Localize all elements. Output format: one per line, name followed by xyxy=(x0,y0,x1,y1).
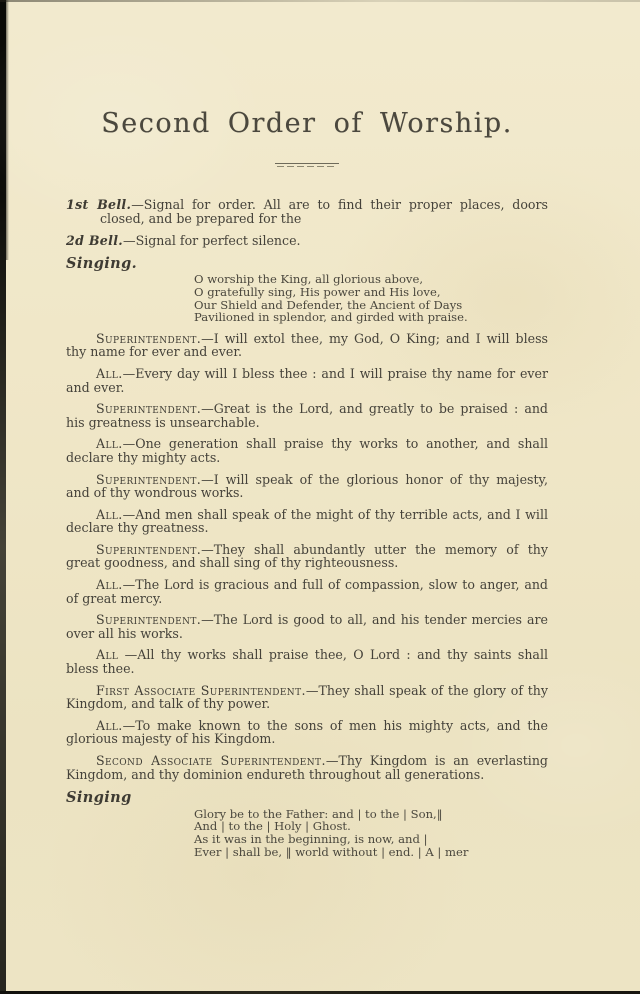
hymn-stanza-first: O worship the King, all glorious above, … xyxy=(194,273,548,323)
reading-paragraph: Superintendent.—I will speak of the glor… xyxy=(66,473,548,500)
second-bell-text: —Signal for perfect silence. xyxy=(123,233,301,248)
body-copy: 1st Bell.—Signal for order. All are to f… xyxy=(66,198,548,858)
first-bell-paragraph: 1st Bell.—Signal for order. All are to f… xyxy=(66,198,548,225)
hymn-line: O gratefully sing, His power and His lov… xyxy=(194,286,548,299)
hymn-line: Ever | shall be, ‖ world without | end. … xyxy=(194,846,548,859)
page-content: Second Order of Worship. 1st Bell.—Signa… xyxy=(66,0,548,866)
reading-text: —Every day will I bless thee : and I wil… xyxy=(66,366,548,395)
reading-text: —One generation shall praise thy works t… xyxy=(66,436,548,465)
reading-paragraph: All.—One generation shall praise thy wor… xyxy=(66,437,548,464)
reading-text: —To make known to the sons of men his mi… xyxy=(66,718,548,747)
divider-top-rule xyxy=(275,163,339,164)
hymn-line: Pavilioned in splendor, and girded with … xyxy=(194,311,548,324)
page-title: Second Order of Worship. xyxy=(66,108,548,139)
reading-paragraph: All.—Every day will I bless thee : and I… xyxy=(66,367,548,394)
singing-heading-first: Singing. xyxy=(66,257,548,271)
reading-paragraph: All.—The Lord is gracious and full of co… xyxy=(66,578,548,605)
scan-gutter-shadow xyxy=(6,0,9,260)
reading-paragraph: Second Associate Superintendent.—Thy Kin… xyxy=(66,754,548,781)
reading-paragraph: Superintendent.—The Lord is good to all,… xyxy=(66,613,548,640)
first-bell-text: —Signal for order. All are to find their… xyxy=(100,197,548,226)
reading-text: —The Lord is gracious and full of compas… xyxy=(66,577,548,606)
reading-paragraph: Superintendent.—I will extol thee, my Go… xyxy=(66,332,548,359)
reading-paragraph: First Associate Superintendent.—They sha… xyxy=(66,684,548,711)
reading-paragraph: All.—To make known to the sons of men hi… xyxy=(66,719,548,746)
reading-text: —And men shall speak of the might of thy… xyxy=(66,507,548,536)
second-bell-paragraph: 2d Bell.—Signal for perfect silence. xyxy=(66,234,548,248)
reading-paragraph: All —All thy works shall praise thee, O … xyxy=(66,648,548,675)
second-bell-label: 2d Bell. xyxy=(66,233,123,248)
title-divider-rule xyxy=(275,163,339,167)
hymn-stanza-second: Glory be to the Father: and | to the | S… xyxy=(194,808,548,858)
reading-text: —All thy works shall praise thee, O Lord… xyxy=(66,647,548,676)
hymn-line: As it was in the beginning, is now, and … xyxy=(194,833,548,846)
scanned-book-page: { "page": { "title": "Second Order of Wo… xyxy=(0,0,640,994)
reading-paragraph: Superintendent.—Great is the Lord, and g… xyxy=(66,402,548,429)
reading-paragraph: All.—And men shall speak of the might of… xyxy=(66,508,548,535)
divider-bottom-rule xyxy=(277,166,335,167)
reading-paragraph: Superintendent.—They shall abundantly ut… xyxy=(66,543,548,570)
singing-heading-second: Singing xyxy=(66,791,548,805)
